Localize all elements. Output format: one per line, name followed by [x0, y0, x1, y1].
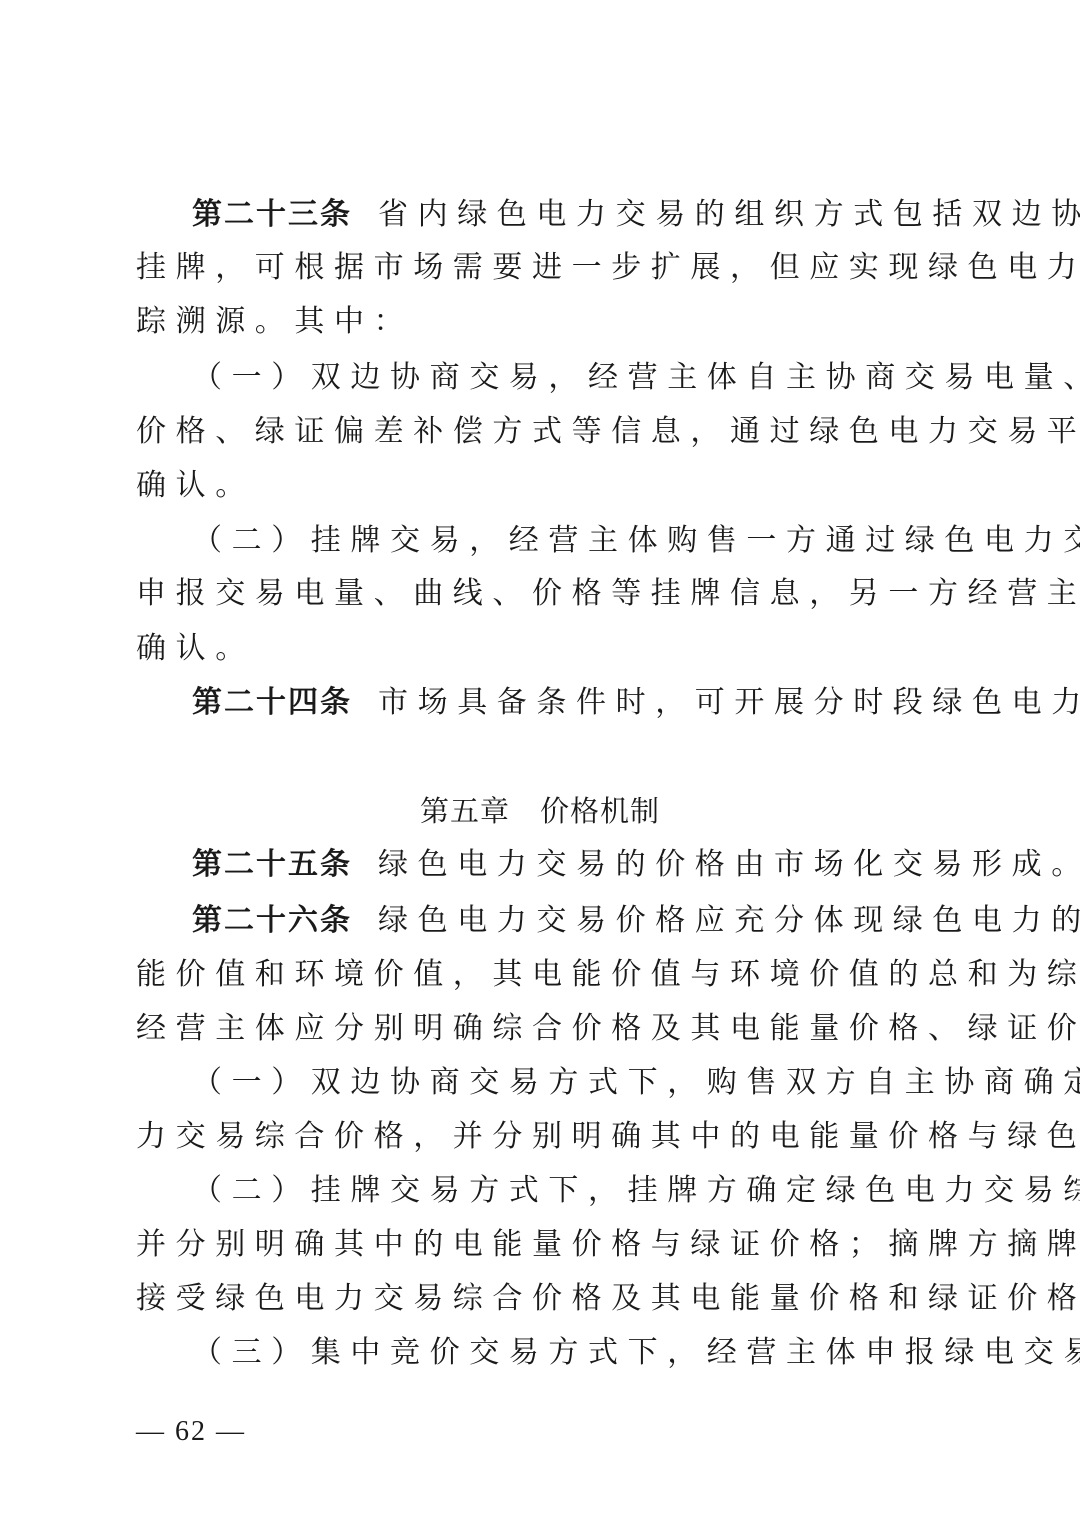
article-23-item-1-line-2: 价格、绿证偏差补偿方式等信息，通过绿色电力交易平台申报、 [136, 405, 948, 459]
article-number: 第二十六条 [192, 903, 352, 938]
article-23-item-1-line-3: 确认。 [136, 459, 948, 513]
article-text: 绿色电力交易价格应充分体现绿色电力的电 [378, 903, 1080, 938]
page-number: — 62 — [136, 1412, 246, 1452]
article-26-item-2-line-1: （二）挂牌交易方式下，挂牌方确定绿色电力交易综合价格， [136, 1164, 948, 1218]
article-number: 第二十三条 [192, 197, 352, 232]
article-26-item-1-line-1: （一）双边协商交易方式下，购售双方自主协商确定绿色电 [136, 1056, 948, 1110]
article-26-item-3-line-1: （三）集中竞价交易方式下，经营主体申报绿电交易整体价 [136, 1326, 948, 1380]
article-25-line-1: 第二十五条绿色电力交易的价格由市场化交易形成。 [136, 838, 948, 892]
article-26-item-1-line-2: 力交易综合价格，并分别明确其中的电能量价格与绿色权益价格。 [136, 1110, 948, 1164]
article-23-line-2: 挂牌，可根据市场需要进一步扩展，但应实现绿色电力产品可追 [136, 241, 948, 295]
article-26-item-2-line-2: 并分别明确其中的电能量价格与绿证价格；摘牌方摘牌，等同于 [136, 1218, 948, 1272]
chapter-heading: 第五章价格机制 [0, 784, 1080, 838]
article-text: 绿色电力交易的价格由市场化交易形成。 [378, 847, 1080, 882]
article-text: 省内绿色电力交易的组织方式包括双边协商、 [378, 197, 1080, 232]
article-26-line-3: 经营主体应分别明确综合价格及其电能量价格、绿证价格。其中： [136, 1002, 948, 1056]
article-23-item-1-line-1: （一）双边协商交易，经营主体自主协商交易电量、曲线、 [136, 351, 948, 405]
article-text: 市场具备条件时，可开展分时段绿色电力交易。 [378, 685, 1080, 720]
document-page: 第二十三条省内绿色电力交易的组织方式包括双边协商、 挂牌，可根据市场需要进一步扩… [0, 0, 1080, 1527]
article-23-item-2-line-2: 申报交易电量、曲线、价格等挂牌信息，另一方经营主体摘牌、 [136, 567, 948, 621]
chapter-title: 价格机制 [540, 794, 660, 828]
article-26-item-2-line-3: 接受绿色电力交易综合价格及其电能量价格和绿证价格。 [136, 1272, 948, 1326]
article-23-line-1: 第二十三条省内绿色电力交易的组织方式包括双边协商、 [136, 188, 948, 242]
article-23-line-3: 踪溯源。其中： [136, 295, 948, 349]
article-26-line-2: 能价值和环境价值，其电能价值与环境价值的总和为综合价格。 [136, 948, 948, 1002]
article-26-line-1: 第二十六条绿色电力交易价格应充分体现绿色电力的电 [136, 894, 948, 948]
article-23-item-2-line-1: （二）挂牌交易，经营主体购售一方通过绿色电力交易平台 [136, 514, 948, 568]
chapter-number: 第五章 [420, 794, 510, 828]
article-number: 第二十五条 [192, 847, 352, 882]
article-24-line-1: 第二十四条市场具备条件时，可开展分时段绿色电力交易。 [136, 676, 948, 730]
article-23-item-2-line-3: 确认。 [136, 622, 948, 676]
article-number: 第二十四条 [192, 685, 352, 720]
